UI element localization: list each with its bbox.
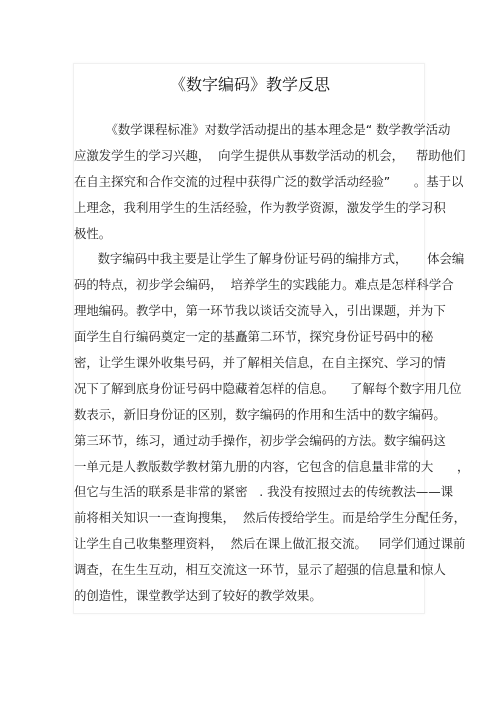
body-line: 码的特点，初步学会编码， 培养学生的实践能力。难点是怎样科学合 — [74, 272, 434, 298]
body-line: 《数学课程标准》对数学活动提出的基本理念是“ 数学教学活动 — [74, 117, 434, 143]
body-line: 让学生自己收集整理资料， 然后在课上做汇报交流。 同学们通过课前 — [74, 531, 434, 557]
body-line: 一单元是人教版数学教材第九册的内容，它包含的信息量非常的大 ， — [74, 454, 434, 480]
body-line: 理地编码。教学中，第一环节我以谈话交流导入，引出课题，并为下 — [74, 298, 434, 324]
body-line: 前将相关知识一一查询搜集， 然后传授给学生。而是给学生分配任务， — [74, 505, 434, 531]
body-line: 密，让学生课外收集号码，并了解相关信息，在自主探究、学习的情 — [74, 350, 434, 376]
document-body: 《数学课程标准》对数学活动提出的基本理念是“ 数学教学活动 应激发学生的学习兴趣… — [74, 117, 434, 609]
body-line: 上理念，我利用学生的生活经验，作为教学资源，激发学生的学习积 — [74, 195, 434, 221]
body-line: 数表示，新旧身份证的区别，数字编码的作用和生活中的数字编码。 — [74, 402, 434, 428]
body-line: 但它与生活的联系是非常的紧密 . 我没有按照过去的传统教法——课 — [74, 479, 434, 505]
body-line: 面学生自行编码奠定一定的基矗第二环节，探究身份证号码中的秘 — [74, 324, 434, 350]
body-line: 第三环节，练习，通过动手操作，初步学会编码的方法。数字编码这 — [74, 428, 434, 454]
body-line: 数字编码中我主要是让学生了解身份证号码的编排方式， 体会编 — [74, 246, 434, 272]
body-line: 极性。 — [74, 221, 434, 247]
body-line: 应激发学生的学习兴趣， 向学生提供从事数学活动的机会， 帮助他们 — [74, 143, 434, 169]
body-line: 在自主探究和合作交流的过程中获得广泛的数学活动经验” 。基于以 — [74, 169, 434, 195]
body-line: 调查，在生生互动，相互交流这一环节，显示了超强的信息量和惊人 — [74, 557, 434, 583]
body-line: 的创造性，课堂教学达到了较好的教学效果。 — [74, 583, 434, 609]
document-title: 《数字编码》教学反思 — [0, 75, 500, 95]
body-line: 况下了解到底身份证号码中隐藏着怎样的信息。 了解每个数字用几位 — [74, 376, 434, 402]
